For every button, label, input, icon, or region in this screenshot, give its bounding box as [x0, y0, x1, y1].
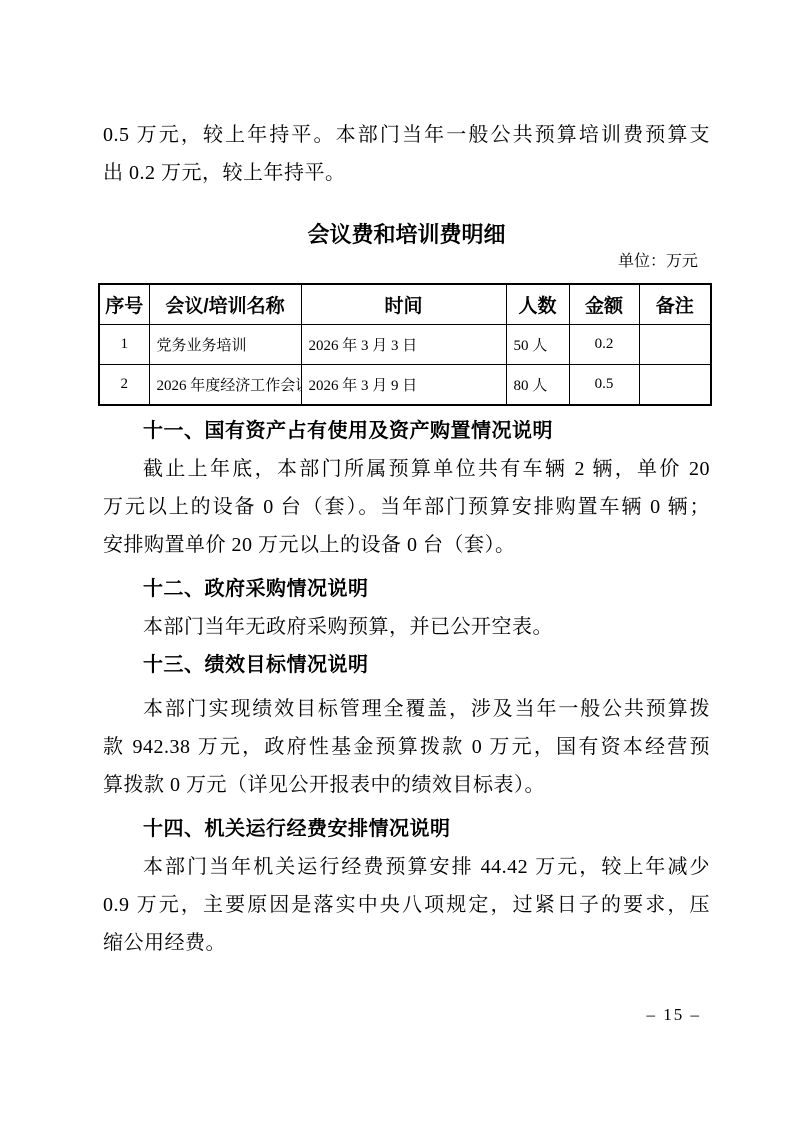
section-paragraph-12: 本部门当年无政府采购预算，并已公开空表。	[103, 608, 710, 646]
column-header-index: 序号	[99, 284, 149, 325]
table-row: 2 2026 年度经济工作会议 2026 年 3 月 9 日 80 人 0.5	[99, 365, 711, 406]
paragraph-line: 出 0.2 万元，较上年持平。	[103, 154, 710, 192]
paragraph-line: 0.9 万元，主要原因是落实中央八项规定，过紧日子的要求，压	[103, 886, 710, 924]
paragraph-line: 算拨款 0 万元（详见公开报表中的绩效目标表）。	[103, 766, 710, 804]
paragraph-line: 截止上年底，本部门所属预算单位共有车辆 2 辆，单价 20	[103, 450, 710, 488]
paragraph-line: 本部门当年无政府采购预算，并已公开空表。	[103, 608, 710, 646]
paragraph-line: 0.5 万元，较上年持平。本部门当年一般公共预算培训费预算支	[103, 116, 710, 154]
column-header-name: 会议/培训名称	[149, 284, 301, 325]
cell-people: 80 人	[506, 365, 569, 406]
paragraph-line: 万元以上的设备 0 台（套）。当年部门预算安排购置车辆 0 辆；	[103, 488, 710, 526]
unit-label: 单位：万元	[103, 250, 710, 274]
page-content: 0.5 万元，较上年持平。本部门当年一般公共预算培训费预算支 出 0.2 万元，…	[0, 0, 793, 962]
document-page: 0.5 万元，较上年持平。本部门当年一般公共预算培训费预算支 出 0.2 万元，…	[0, 0, 793, 1122]
cell-name: 党务业务培训	[149, 325, 301, 365]
cell-people: 50 人	[506, 325, 569, 365]
column-header-people: 人数	[506, 284, 569, 325]
meeting-training-table: 序号 会议/培训名称 时间 人数 金额 备注 1 党务业务培训 2026 年 3…	[98, 283, 712, 406]
paragraph-line: 本部门当年机关运行经费预算安排 44.42 万元，较上年减少	[103, 848, 710, 886]
cell-index: 2	[99, 365, 149, 406]
page-number: – 15 –	[647, 1005, 702, 1025]
cell-amount: 0.2	[569, 325, 639, 365]
section-paragraph-11: 截止上年底，本部门所属预算单位共有车辆 2 辆，单价 20 万元以上的设备 0 …	[103, 450, 710, 564]
table-header-row: 序号 会议/培训名称 时间 人数 金额 备注	[99, 284, 711, 325]
cell-name: 2026 年度经济工作会议	[149, 365, 301, 406]
column-header-time: 时间	[301, 284, 506, 325]
cell-time: 2026 年 3 月 3 日	[301, 325, 506, 365]
cell-amount: 0.5	[569, 365, 639, 406]
paragraph-line: 款 942.38 万元，政府性基金预算拨款 0 万元，国有资本经营预	[103, 728, 710, 766]
section-paragraph-14: 本部门当年机关运行经费预算安排 44.42 万元，较上年减少 0.9 万元，主要…	[103, 848, 710, 962]
paragraph-line: 缩公用经费。	[103, 924, 710, 962]
cell-remark	[639, 365, 711, 406]
section-heading-13: 十三、绩效目标情况说明	[103, 646, 710, 684]
cell-time: 2026 年 3 月 9 日	[301, 365, 506, 406]
cell-index: 1	[99, 325, 149, 365]
table-row: 1 党务业务培训 2026 年 3 月 3 日 50 人 0.2	[99, 325, 711, 365]
intro-paragraph: 0.5 万元，较上年持平。本部门当年一般公共预算培训费预算支 出 0.2 万元，…	[103, 116, 710, 192]
section-heading-12: 十二、政府采购情况说明	[103, 570, 710, 608]
paragraph-line: 安排购置单价 20 万元以上的设备 0 台（套）。	[103, 526, 710, 564]
table-title: 会议费和培训费明细	[103, 220, 710, 250]
section-paragraph-13: 本部门实现绩效目标管理全覆盖，涉及当年一般公共预算拨 款 942.38 万元，政…	[103, 690, 710, 804]
column-header-amount: 金额	[569, 284, 639, 325]
cell-remark	[639, 325, 711, 365]
column-header-remark: 备注	[639, 284, 711, 325]
paragraph-line: 本部门实现绩效目标管理全覆盖，涉及当年一般公共预算拨	[103, 690, 710, 728]
section-heading-11: 十一、国有资产占有使用及资产购置情况说明	[103, 412, 710, 450]
section-heading-14: 十四、机关运行经费安排情况说明	[103, 810, 710, 848]
